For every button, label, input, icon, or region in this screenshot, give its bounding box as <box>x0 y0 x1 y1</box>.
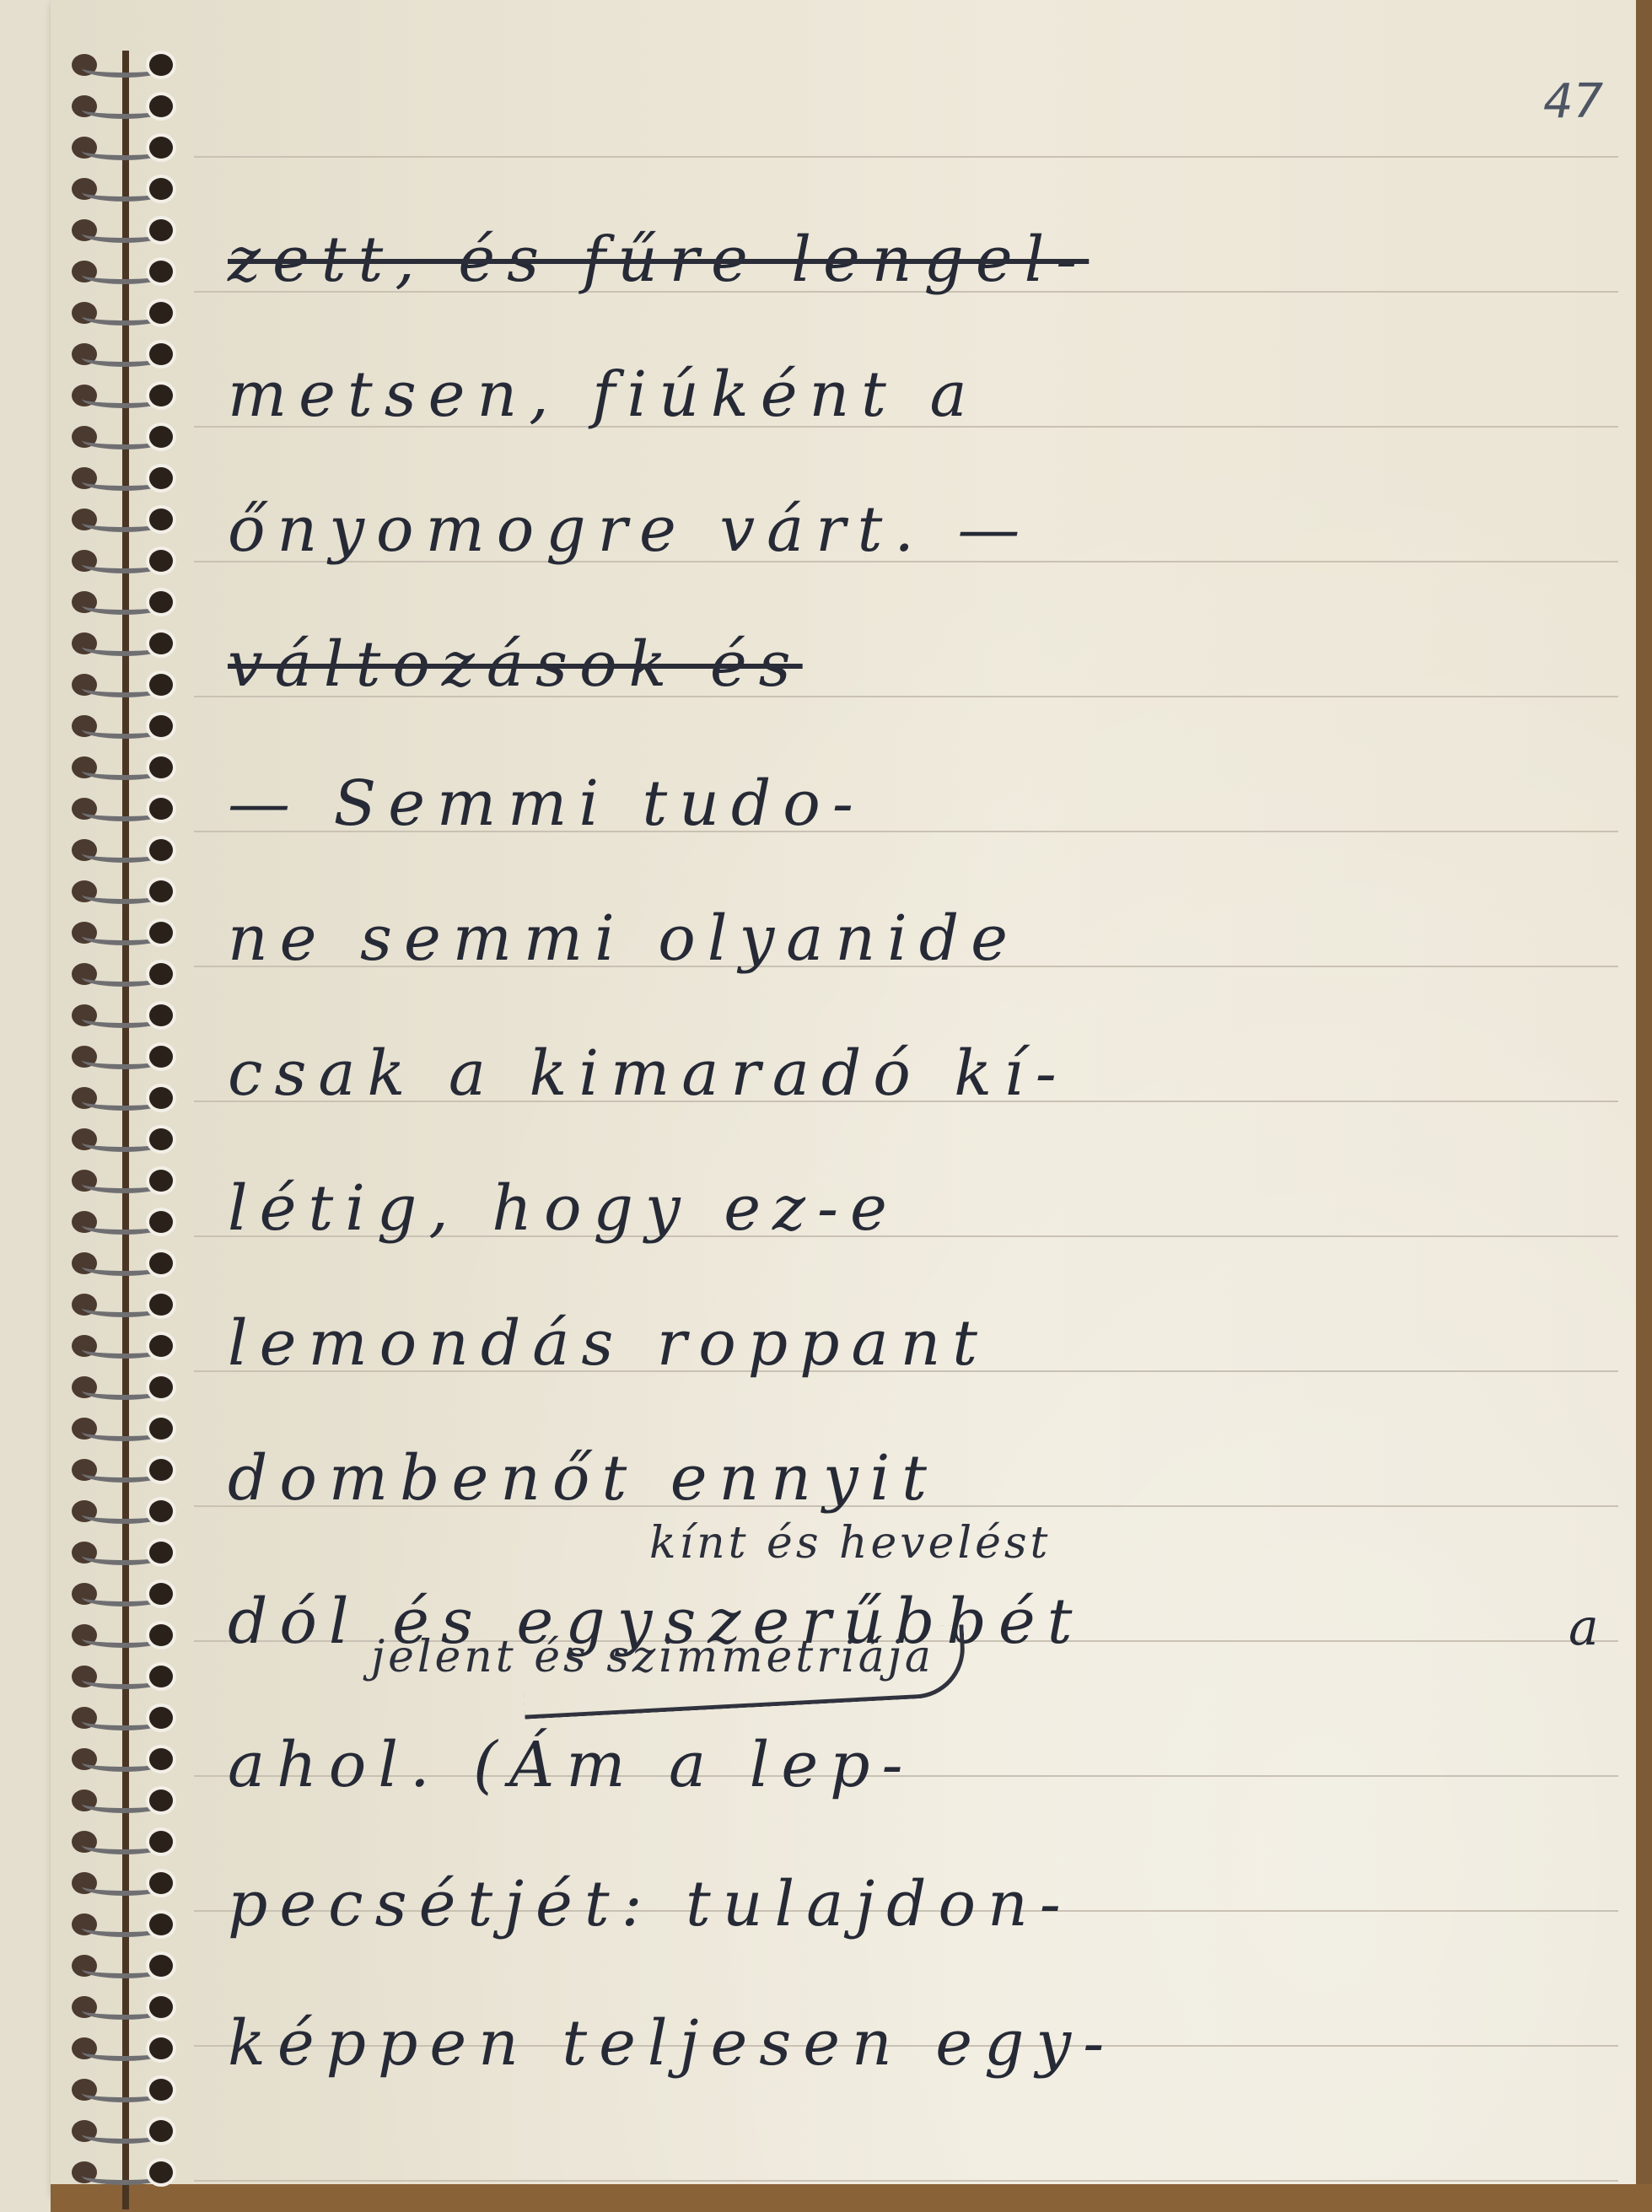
spiral-coil <box>63 505 181 534</box>
spiral-coil <box>63 546 181 575</box>
spiral-coil <box>63 1166 181 1195</box>
annotation-above-line-11: kínt és hevelést <box>649 1518 1051 1569</box>
spiral-coil <box>63 1249 181 1278</box>
page-number: 47 <box>1543 74 1603 129</box>
line-8: létig, hogy ez-e <box>228 1172 899 1245</box>
spiral-coil <box>63 1497 181 1526</box>
spiral-coil <box>63 1414 181 1443</box>
table-surface-right <box>1636 0 1652 2212</box>
table-surface-bottom <box>51 2184 1652 2212</box>
spiral-coil <box>63 918 181 947</box>
line-5: — Semmi tudo- <box>228 767 865 840</box>
spiral-coil <box>63 1662 181 1691</box>
line-13: pecsétjét: tulajdon- <box>228 1868 1073 1940</box>
spiral-coil <box>63 877 181 906</box>
spiral-coil <box>63 1290 181 1319</box>
spiral-coil <box>63 1332 181 1360</box>
line-4: változások és <box>228 628 803 701</box>
spiral-coil <box>63 712 181 740</box>
spiral-coil <box>63 1456 181 1484</box>
spiral-coil <box>63 92 181 121</box>
line-3: őnyomogre várt. — <box>228 493 1031 566</box>
spiral-coil <box>63 1373 181 1402</box>
ruled-line <box>194 2180 1618 2182</box>
ruled-line <box>194 156 1618 158</box>
spiral-coil <box>63 1538 181 1567</box>
spiral-coil <box>63 1951 181 1980</box>
spiral-coil <box>63 464 181 492</box>
line-2: metsen, fiúként a <box>228 358 979 431</box>
spiral-coil <box>63 1084 181 1112</box>
spiral-coil <box>63 340 181 369</box>
line-9: lemondás roppant <box>228 1307 989 1380</box>
spiral-coil <box>63 2075 181 2104</box>
spiral-coil <box>63 629 181 658</box>
spiral-coil <box>63 1786 181 1815</box>
spiral-coil <box>63 216 181 245</box>
spiral-coil <box>63 753 181 782</box>
spiral-coil <box>63 51 181 79</box>
spiral-coil <box>63 422 181 451</box>
spiral-coil <box>63 1042 181 1071</box>
spiral-coil <box>63 588 181 616</box>
spiral-coil <box>63 2034 181 2063</box>
spiral-coil <box>63 1208 181 1236</box>
line-1: zett, és fűre lengel- <box>228 223 1089 296</box>
spiral-binding <box>63 51 181 2209</box>
line-6: ne semmi olyanide <box>228 902 1020 975</box>
line-7: csak a kimaradó kí- <box>228 1037 1068 1110</box>
spiral-coil <box>63 1580 181 1608</box>
spiral-coil <box>63 1621 181 1650</box>
spiral-coil <box>63 836 181 864</box>
spiral-coil <box>63 299 181 327</box>
spiral-coil <box>63 1910 181 1939</box>
spiral-coil <box>63 1125 181 1154</box>
spiral-coil <box>63 670 181 699</box>
spiral-coil <box>63 1869 181 1897</box>
line-14: képpen teljesen egy- <box>228 2007 1116 2080</box>
spiral-coil <box>63 1993 181 2021</box>
spiral-coil <box>63 2158 181 2187</box>
spiral-coil <box>63 1827 181 1856</box>
spiral-coil <box>63 1745 181 1773</box>
spiral-coil <box>63 1001 181 1030</box>
line-12: ahol. (Ám a lep- <box>228 1729 915 1801</box>
spiral-coil <box>63 257 181 286</box>
spiral-coil <box>63 2117 181 2145</box>
spiral-coil <box>63 175 181 203</box>
line-10: dombenőt ennyit <box>228 1442 939 1515</box>
spiral-coil <box>63 1703 181 1732</box>
spiral-coil <box>63 133 181 162</box>
spiral-coil <box>63 960 181 988</box>
spiral-coil <box>63 381 181 410</box>
spiral-coil <box>63 794 181 823</box>
margin-mark: a <box>1569 1598 1611 1657</box>
